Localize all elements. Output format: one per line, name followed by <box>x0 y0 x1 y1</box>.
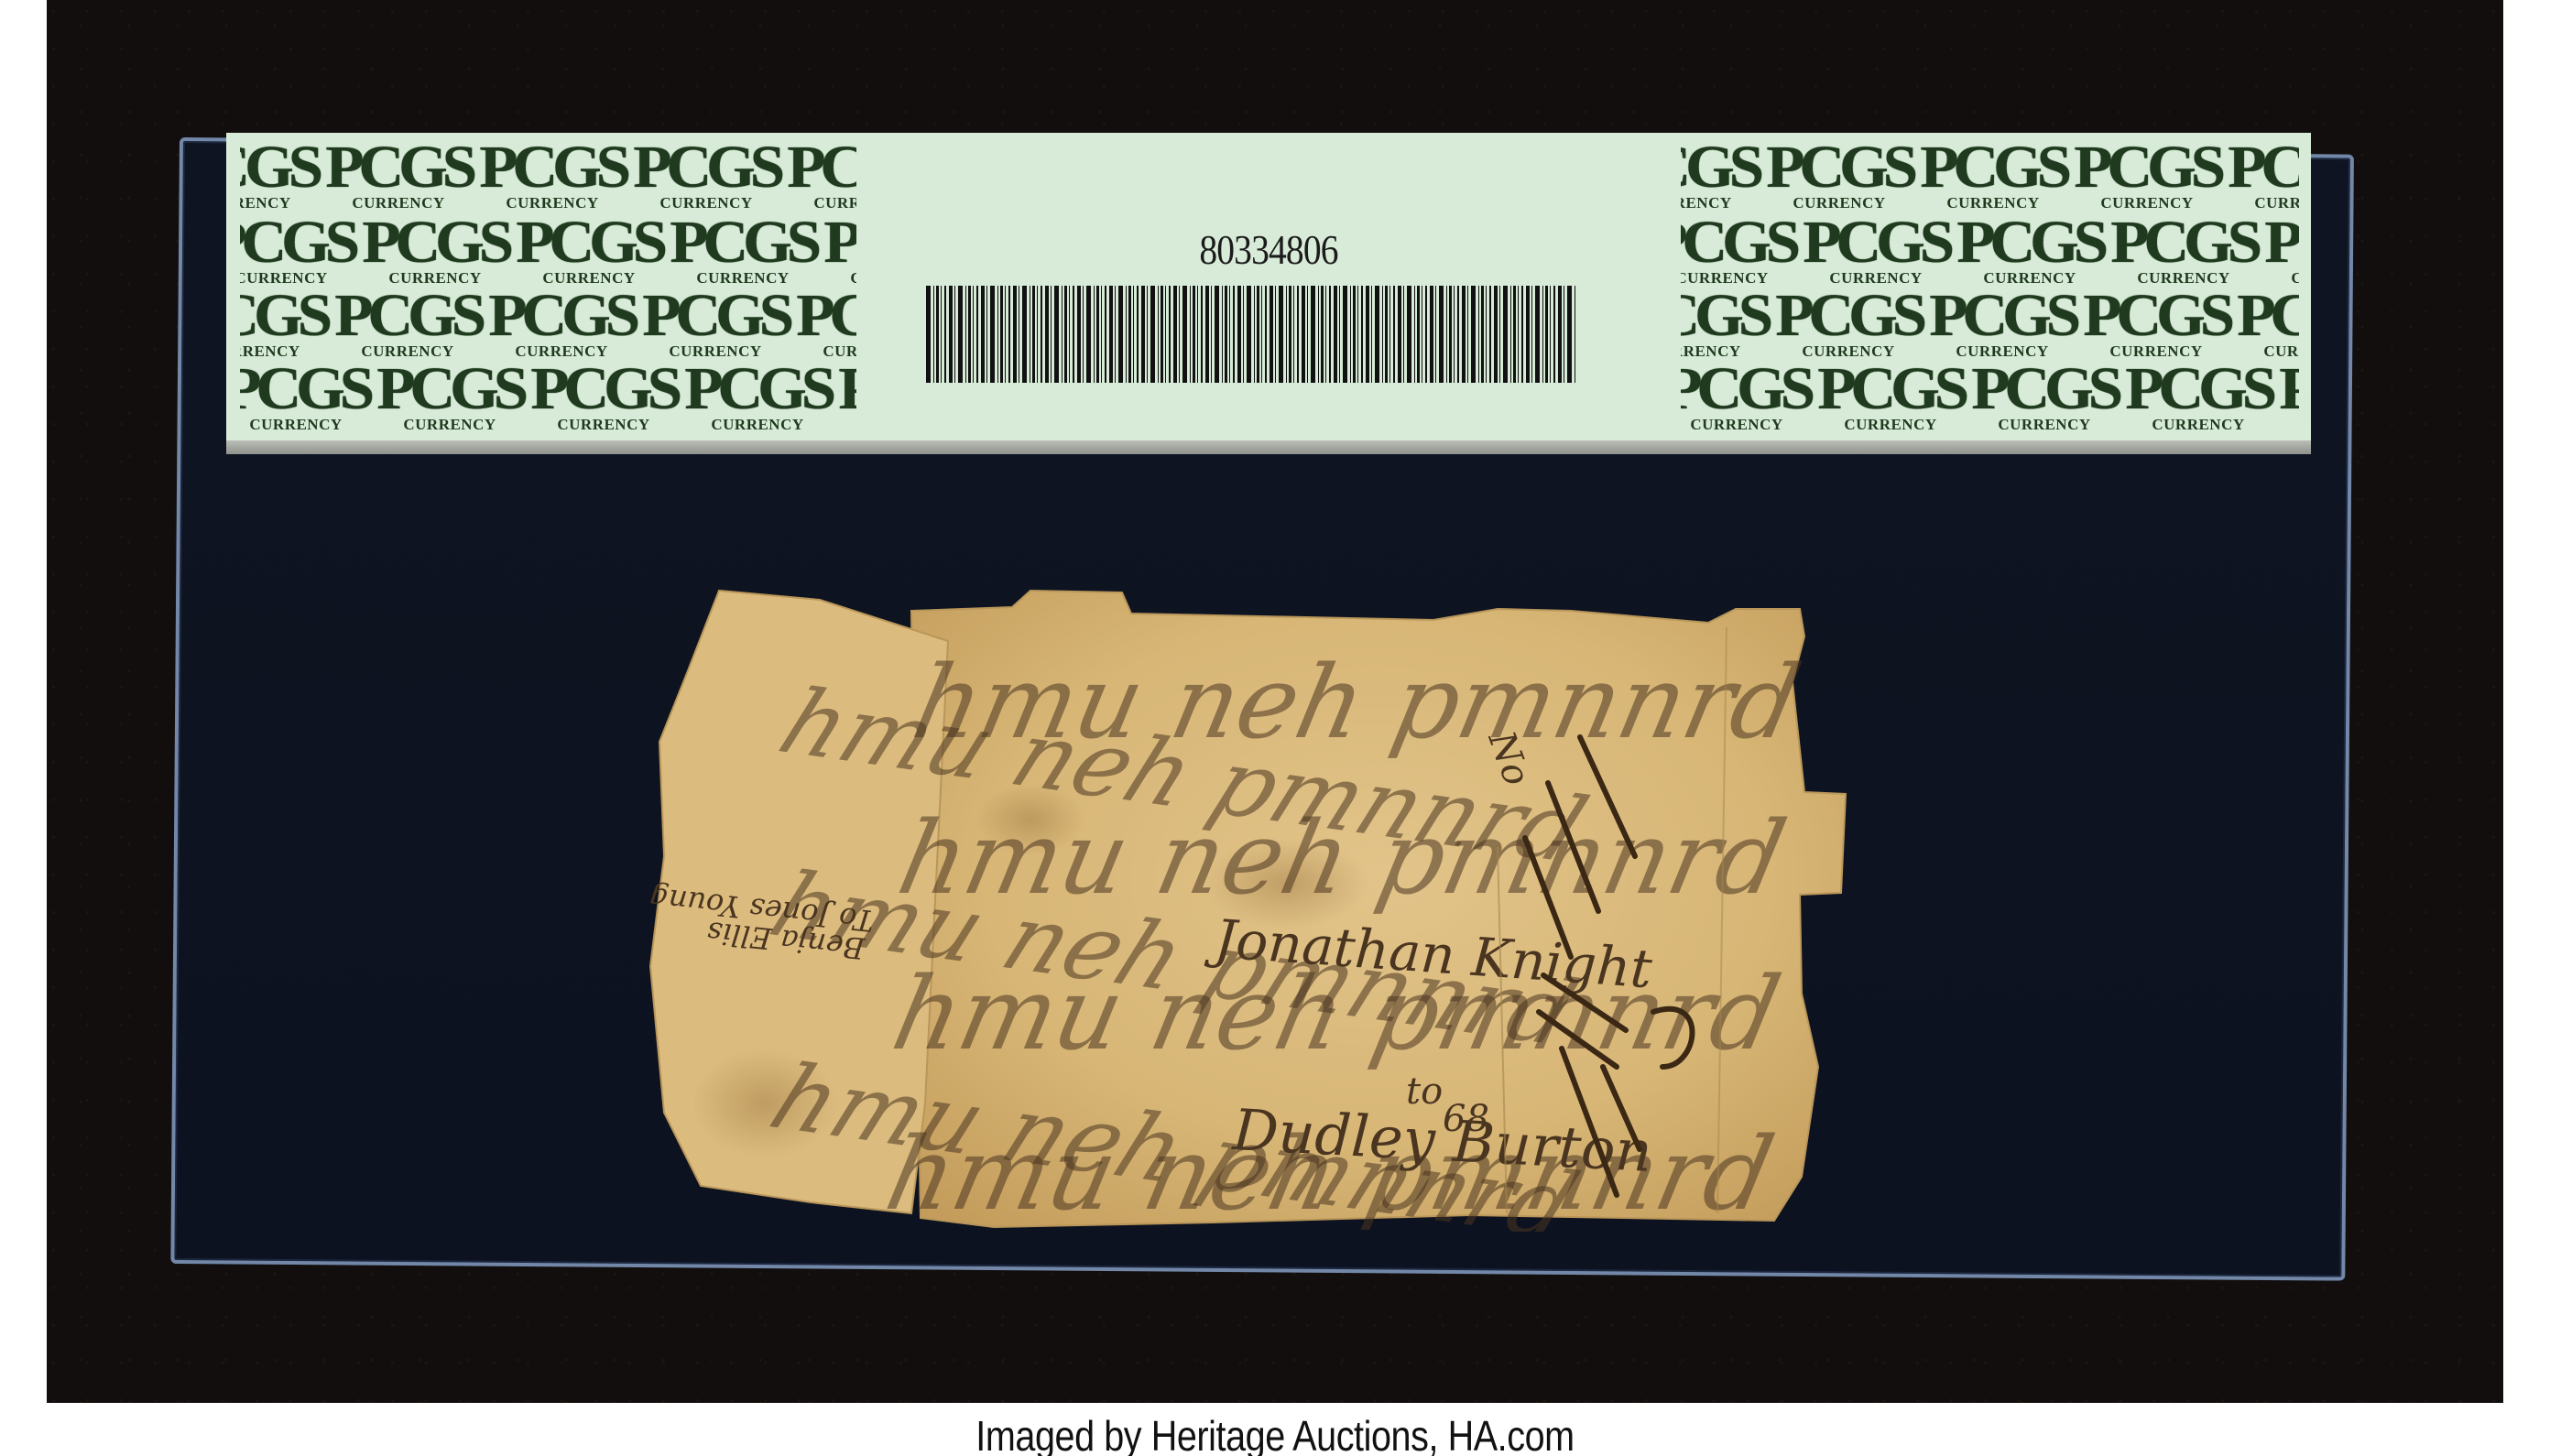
pcgs-logo: PCGSCURRENCY <box>1934 140 2053 212</box>
pcgs-logo: PCGSCURRENCY <box>390 362 509 431</box>
pcgs-logo: PCGSCURRENCY <box>544 362 663 431</box>
pcgs-logo: PCGSCURRENCY <box>698 362 817 431</box>
pcgs-logo: PCGSCURRENCY <box>2097 288 2216 360</box>
pcgs-logo: PCGSCURRENCY <box>1780 140 1899 212</box>
mark-68: 68 <box>1443 1098 1489 1140</box>
pcgs-logo: PCGSCURRENCY <box>2293 362 2299 431</box>
pcgs-logo: PCGSCURRENCY <box>240 288 313 360</box>
pcgs-logo: PCGSCURRENCY <box>502 288 621 360</box>
pcgs-logo: PCGSCURRENCY <box>240 362 355 431</box>
logo-pattern-right: PCGSCURRENCY PCGSCURRENCY PCGSCURRENCY P… <box>1681 140 2299 431</box>
logo-pattern-left: PCGSCURRENCY PCGSCURRENCY PCGSCURRENCY P… <box>240 140 856 431</box>
pcgs-logo: PCGSCURRENCY <box>2278 215 2299 287</box>
pcgs-logo: PCGSCURRENCY <box>656 288 775 360</box>
pcgs-label: PCGSCURRENCY PCGSCURRENCY PCGSCURRENCY P… <box>226 133 2311 440</box>
label-bottom-strip <box>226 440 2311 454</box>
pcgs-logo: PCGSCURRENCY <box>2139 362 2258 431</box>
pcgs-logo: PCGSCURRENCY <box>493 140 612 212</box>
pcgs-logo: PCGSCURRENCY <box>348 288 467 360</box>
note-image: hmu neh pmnnrd hmu neh pmnnrd hmu neh pm… <box>646 554 1894 1232</box>
pcgs-logo: PCGSCURRENCY <box>1681 362 1796 431</box>
pcgs-logo: PCGSCURRENCY <box>1789 288 1908 360</box>
pcgs-logo: PCGSCURRENCY <box>1681 140 1745 212</box>
pcgs-logo: PCGSCURRENCY <box>240 215 341 287</box>
pcgs-logo: PCGSCURRENCY <box>1970 215 2089 287</box>
pcgs-logo: PCGSCURRENCY <box>801 140 856 212</box>
pcgs-logo: PCGSCURRENCY <box>810 288 856 360</box>
certification-barcode <box>926 286 1576 383</box>
pcgs-logo: PCGSCURRENCY <box>2124 215 2243 287</box>
mark-to: to <box>1406 1070 1443 1113</box>
pcgs-logo: PCGSCURRENCY <box>1943 288 2062 360</box>
pcgs-logo: PCGSCURRENCY <box>2241 140 2299 212</box>
pcgs-logo: PCGSCURRENCY <box>1816 215 1935 287</box>
image-credit-caption: Imaged by Heritage Auctions, HA.com <box>179 1411 2371 1456</box>
pcgs-logo: PCGSCURRENCY <box>339 140 458 212</box>
pcgs-logo: PCGSCURRENCY <box>647 140 766 212</box>
pcgs-logo: PCGSCURRENCY <box>1985 362 2104 431</box>
pcgs-logo: PCGSCURRENCY <box>1831 362 1950 431</box>
pcgs-logo: PCGSCURRENCY <box>2087 140 2207 212</box>
currency-note: hmu neh pmnnrd hmu neh pmnnrd hmu neh pm… <box>646 554 1894 1232</box>
pcgs-logo: PCGSCURRENCY <box>852 362 856 431</box>
pcgs-logo: PCGSCURRENCY <box>1681 215 1782 287</box>
pcgs-logo: PCGSCURRENCY <box>1681 288 1754 360</box>
pcgs-logo: PCGSCURRENCY <box>240 140 304 212</box>
pcgs-logo: PCGSCURRENCY <box>2250 288 2299 360</box>
